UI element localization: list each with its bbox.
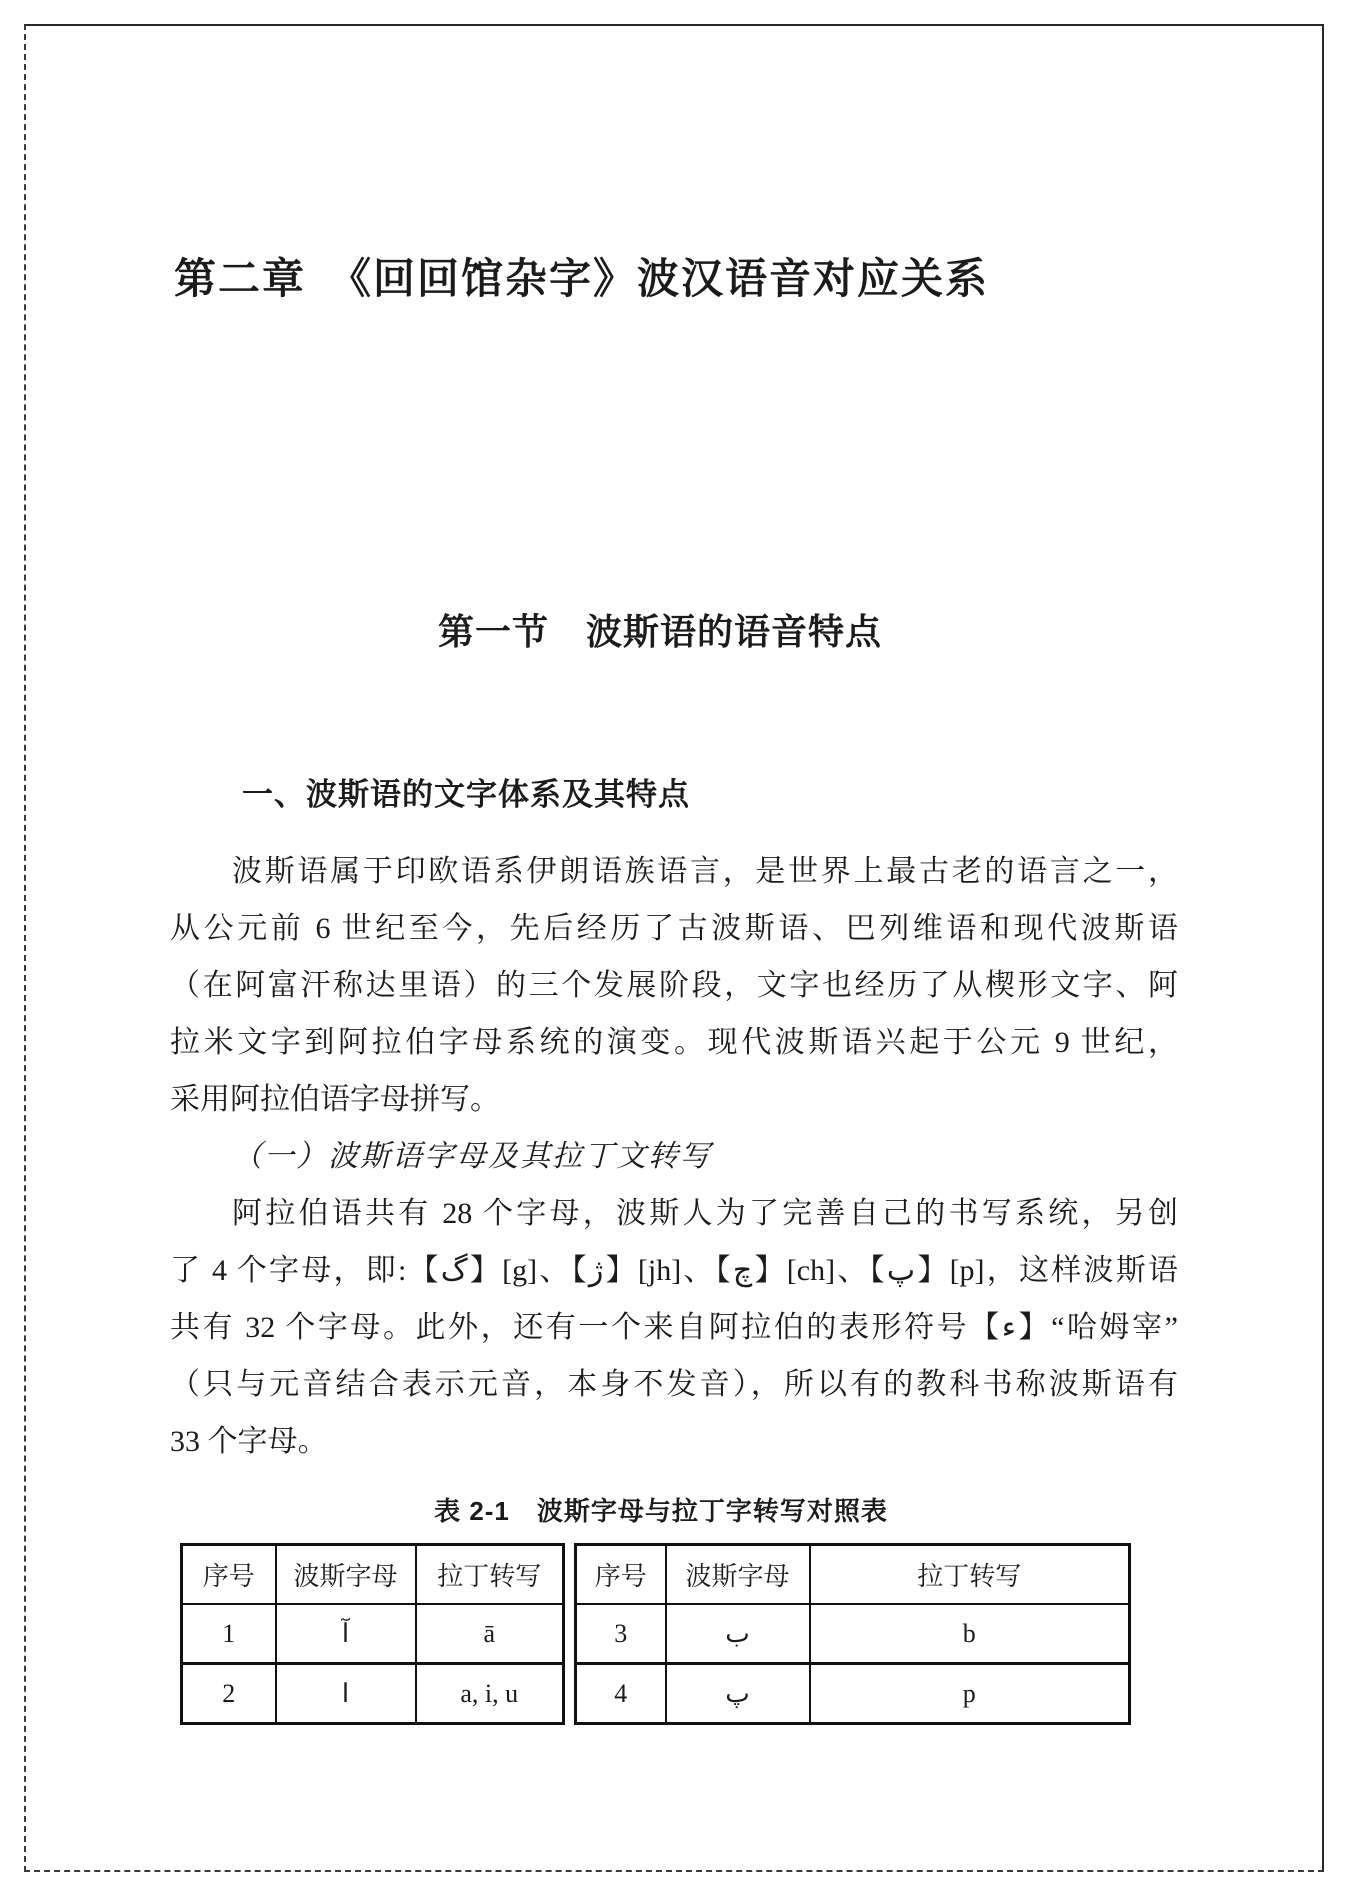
text-line: 共有 32 个字母。此外，还有一个来自阿拉伯的表形符号【ء】“哈姆宰” <box>170 1299 1178 1356</box>
letters-table-group: 序号 波斯字母 拉丁转写 1 آ ā 2 ا a, i, u <box>180 1543 1178 1725</box>
list-item-heading: （一）波斯语字母及其拉丁文转写 <box>170 1128 1178 1185</box>
text-line: 阿拉伯语共有 28 个字母，波斯人为了完善自己的书写系统，另创 <box>170 1185 1178 1242</box>
table-header-cell: 序号 <box>182 1545 276 1605</box>
table-cell-persian-letter: آ <box>276 1604 416 1664</box>
text-line: 33 个字母。 <box>170 1413 1178 1470</box>
table-cell-persian-letter: پ <box>666 1664 810 1724</box>
text-line: 波斯语属于印欧语系伊朗语族语言，是世界上最古老的语言之一， <box>170 843 1178 900</box>
letters-table-left: 序号 波斯字母 拉丁转写 1 آ ā 2 ا a, i, u <box>180 1543 565 1725</box>
table-header-row: 序号 波斯字母 拉丁转写 <box>182 1545 564 1605</box>
table-cell-persian-letter: ب <box>666 1604 810 1664</box>
letters-table-right: 序号 波斯字母 拉丁转写 3 ب b 4 پ p <box>574 1543 1131 1725</box>
table-cell-latin: ā <box>416 1604 564 1664</box>
table-header-row: 序号 波斯字母 拉丁转写 <box>576 1545 1130 1605</box>
table-header-cell: 波斯字母 <box>276 1545 416 1605</box>
table-cell-index: 4 <box>576 1664 666 1724</box>
table-cell-latin: p <box>810 1664 1130 1724</box>
table-cell-persian-letter: ا <box>276 1664 416 1724</box>
book-page: 第二章 《回回馆杂字》波汉语音对应关系 第一节 波斯语的语音特点 一、波斯语的文… <box>0 0 1347 1898</box>
table-caption: 表 2-1 波斯字母与拉丁字转写对照表 <box>170 1494 1178 1528</box>
chapter-title: 第二章 《回回馆杂字》波汉语音对应关系 <box>174 253 1178 307</box>
text-line: （在阿富汗称达里语）的三个发展阶段，文字也经历了从楔形文字、阿 <box>170 957 1178 1014</box>
section-title: 第一节 波斯语的语音特点 <box>170 609 1178 655</box>
table-cell-latin: b <box>810 1604 1130 1664</box>
text-line: 采用阿拉伯语字母拼写。 <box>170 1071 1178 1128</box>
page-content: 第二章 《回回馆杂字》波汉语音对应关系 第一节 波斯语的语音特点 一、波斯语的文… <box>170 0 1178 1725</box>
text-line: 了 4 个字母，即:【گ】[g]、【ژ】[jh]、【چ】[ch]、【پ】[p]，… <box>170 1242 1178 1299</box>
body-text: 波斯语属于印欧语系伊朗语族语言，是世界上最古老的语言之一， 从公元前 6 世纪至… <box>170 843 1178 1470</box>
text-line: （只与元音结合表示元音，本身不发音），所以有的教科书称波斯语有 <box>170 1356 1178 1413</box>
subsection-title: 一、波斯语的文字体系及其特点 <box>170 775 1178 815</box>
table-header-cell: 序号 <box>576 1545 666 1605</box>
table-header-cell: 拉丁转写 <box>416 1545 564 1605</box>
table-cell-latin: a, i, u <box>416 1664 564 1724</box>
table-cell-index: 1 <box>182 1604 276 1664</box>
table-row: 3 ب b <box>576 1604 1130 1664</box>
table-row: 2 ا a, i, u <box>182 1664 564 1724</box>
table-cell-index: 3 <box>576 1604 666 1664</box>
text-line: 拉米文字到阿拉伯字母系统的演变。现代波斯语兴起于公元 9 世纪， <box>170 1014 1178 1071</box>
table-row: 1 آ ā <box>182 1604 564 1664</box>
table-header-cell: 拉丁转写 <box>810 1545 1130 1605</box>
table-header-cell: 波斯字母 <box>666 1545 810 1605</box>
table-cell-index: 2 <box>182 1664 276 1724</box>
text-line: 从公元前 6 世纪至今，先后经历了古波斯语、巴列维语和现代波斯语 <box>170 900 1178 957</box>
table-row: 4 پ p <box>576 1664 1130 1724</box>
